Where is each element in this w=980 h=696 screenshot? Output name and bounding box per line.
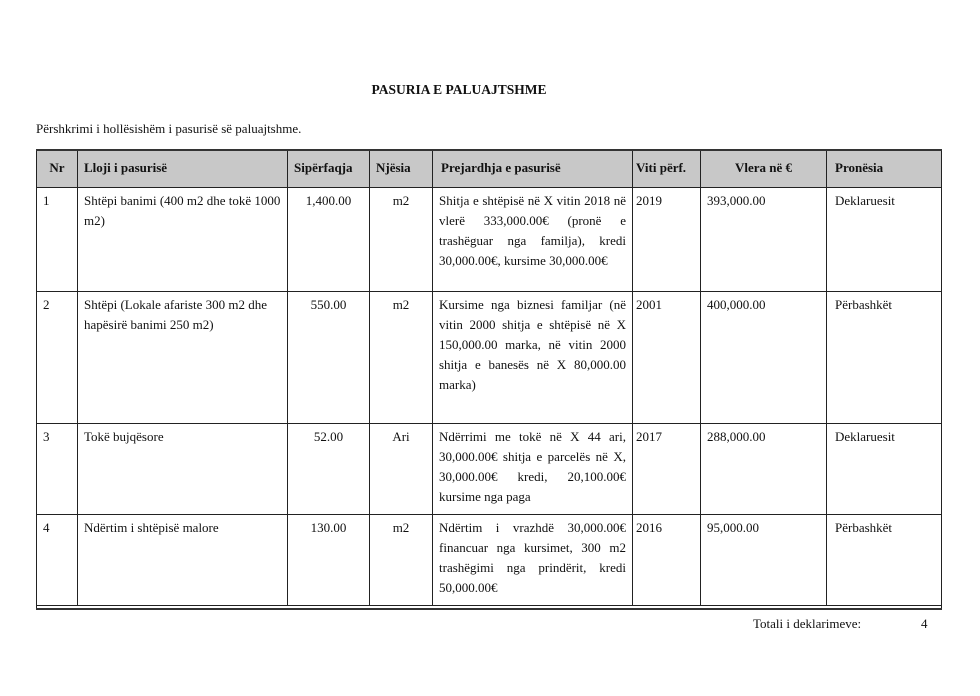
document-subtitle: Përshkrimi i hollësishëm i pasurisë së p… xyxy=(36,121,301,137)
cell-value: 95,000.00 xyxy=(701,515,827,606)
cell-value: 393,000.00 xyxy=(701,188,827,292)
cell-nr: 4 xyxy=(37,515,78,606)
cell-nr: 3 xyxy=(37,424,78,515)
table-bottom-border xyxy=(37,606,942,610)
cell-area: 1,400.00 xyxy=(288,188,370,292)
document-title: PASURIA E PALUAJTSHME xyxy=(0,82,920,98)
header-unit: Njësia xyxy=(370,150,433,188)
cell-area: 550.00 xyxy=(288,292,370,424)
cell-year: 2001 xyxy=(633,292,701,424)
cell-ownership: Deklaruesit xyxy=(827,424,942,515)
total-count: 4 xyxy=(921,616,928,632)
header-origin: Prejardhja e pasurisë xyxy=(433,150,633,188)
cell-value: 288,000.00 xyxy=(701,424,827,515)
cell-nr: 1 xyxy=(37,188,78,292)
table-row: 1Shtëpi banimi (400 m2 dhe tokë 1000 m2)… xyxy=(37,188,942,292)
cell-asset-type: Tokë bujqësore xyxy=(78,424,288,515)
cell-unit: Ari xyxy=(370,424,433,515)
cell-asset-type: Shtëpi (Lokale afariste 300 m2 dhe hapës… xyxy=(78,292,288,424)
table-row: 4Ndërtim i shtëpisë malore130.00m2Ndërti… xyxy=(37,515,942,606)
cell-asset-type: Shtëpi banimi (400 m2 dhe tokë 1000 m2) xyxy=(78,188,288,292)
cell-ownership: Përbashkët xyxy=(827,515,942,606)
cell-unit: m2 xyxy=(370,188,433,292)
table-header-row: Nr Lloji i pasurisë Sipërfaqja Njësia Pr… xyxy=(37,150,942,188)
cell-year: 2017 xyxy=(633,424,701,515)
table-closing-rule xyxy=(37,606,942,610)
cell-asset-type: Ndërtim i shtëpisë malore xyxy=(78,515,288,606)
header-year: Viti përf. xyxy=(633,150,701,188)
document-title-text: PASURIA E PALUAJTSHME xyxy=(371,82,546,98)
table-row: 2Shtëpi (Lokale afariste 300 m2 dhe hapë… xyxy=(37,292,942,424)
cell-origin: Kursime nga biznesi familjar (në vitin 2… xyxy=(433,292,633,424)
table-row: 3Tokë bujqësore52.00AriNdërrimi me tokë … xyxy=(37,424,942,515)
cell-origin: Ndërrimi me tokë në X 44 ari, 30,000.00€… xyxy=(433,424,633,515)
header-asset-type: Lloji i pasurisë xyxy=(78,150,288,188)
cell-value: 400,000.00 xyxy=(701,292,827,424)
cell-area: 130.00 xyxy=(288,515,370,606)
cell-year: 2019 xyxy=(633,188,701,292)
cell-origin: Shitja e shtëpisë në X vitin 2018 në vle… xyxy=(433,188,633,292)
cell-ownership: Përbashkët xyxy=(827,292,942,424)
total-label: Totali i deklarimeve: xyxy=(753,616,861,632)
cell-unit: m2 xyxy=(370,515,433,606)
header-ownership: Pronësia xyxy=(827,150,942,188)
header-nr: Nr xyxy=(37,150,78,188)
cell-unit: m2 xyxy=(370,292,433,424)
declarations-total: Totali i deklarimeve: 4 xyxy=(753,616,861,632)
cell-year: 2016 xyxy=(633,515,701,606)
cell-ownership: Deklaruesit xyxy=(827,188,942,292)
header-area: Sipërfaqja xyxy=(288,150,370,188)
cell-origin: Ndërtim i vrazhdë 30,000.00€ financuar n… xyxy=(433,515,633,606)
cell-nr: 2 xyxy=(37,292,78,424)
cell-area: 52.00 xyxy=(288,424,370,515)
immovable-assets-table: Nr Lloji i pasurisë Sipërfaqja Njësia Pr… xyxy=(36,149,942,610)
header-value: Vlera në € xyxy=(701,150,827,188)
